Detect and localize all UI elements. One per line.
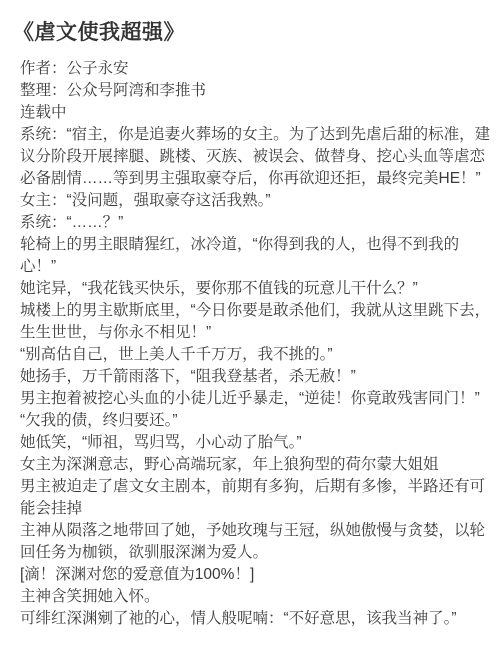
intro-paragraph: 主神从陨落之地带回了她，予她玫瑰与王冠，纵她傲慢与贪婪，以轮回任务为枷锁，欲驯服… — [20, 520, 492, 564]
book-title: 《虐文使我超强》 — [13, 18, 492, 48]
serial-status: 连载中 — [20, 102, 492, 124]
intro-text: 系统：“宿主，你是追妻火葬场的女主。为了达到先虐后甜的标准，建议分阶段开展摔腿、… — [20, 124, 492, 630]
intro-paragraph: 她扬手，万千箭雨落下，“阻我登基者，杀无赦！” — [20, 366, 492, 388]
intro-paragraph: 她低笑，“师祖，骂归骂，小心动了胎气。” — [20, 432, 492, 454]
intro-paragraph: 城楼上的男主歇斯底里，“今日你要是敢杀他们，我就从这里跳下去，生生世世，与你永不… — [20, 300, 492, 344]
intro-paragraph: 轮椅上的男主眼睛猩红，冰冷道，“你得到我的人，也得不到我的心！” — [20, 234, 492, 278]
intro-paragraph: [滴！深渊对您的爱意值为100%！] — [20, 564, 492, 586]
intro-paragraph: 男主抱着被挖心头血的小徒儿近乎暴走，“逆徒！你竟敢残害同门！” — [20, 388, 492, 410]
intro-paragraph: 女主：“没问题，强取豪夺这活我熟。” — [20, 190, 492, 212]
intro-paragraph: 主神含笑拥她入怀。 — [20, 586, 492, 608]
intro-paragraph: 男主被迫走了虐文女主剧本，前期有多狗，后期有多惨，半路还有可能会挂掉 — [20, 476, 492, 520]
intro-paragraph: “别高估自己，世上美人千千万万，我不挑的。” — [20, 344, 492, 366]
intro-paragraph: 她诧异，“我花钱买快乐，要你那不值钱的玩意儿干什么？” — [20, 278, 492, 300]
curator-line: 整理：公众号阿湾和李推书 — [20, 80, 492, 102]
novel-intro-page: 《虐文使我超强》 作者：公子永安 整理：公众号阿湾和李推书 连载中 系统：“宿主… — [0, 0, 500, 666]
intro-paragraph: 可绯红深渊剜了祂的心，情人般呢喃：“不好意思，该我当神了。” — [20, 608, 492, 630]
author-line: 作者：公子永安 — [20, 58, 492, 80]
intro-paragraph: 女主为深渊意志，野心高端玩家，年上狼狗型的荷尔蒙大姐姐 — [20, 454, 492, 476]
intro-paragraph: “欠我的债，终归要还。” — [20, 410, 492, 432]
intro-paragraph: 系统：“宿主，你是追妻火葬场的女主。为了达到先虐后甜的标准，建议分阶段开展摔腿、… — [20, 124, 492, 190]
intro-paragraph: 系统：“……？” — [20, 212, 492, 234]
